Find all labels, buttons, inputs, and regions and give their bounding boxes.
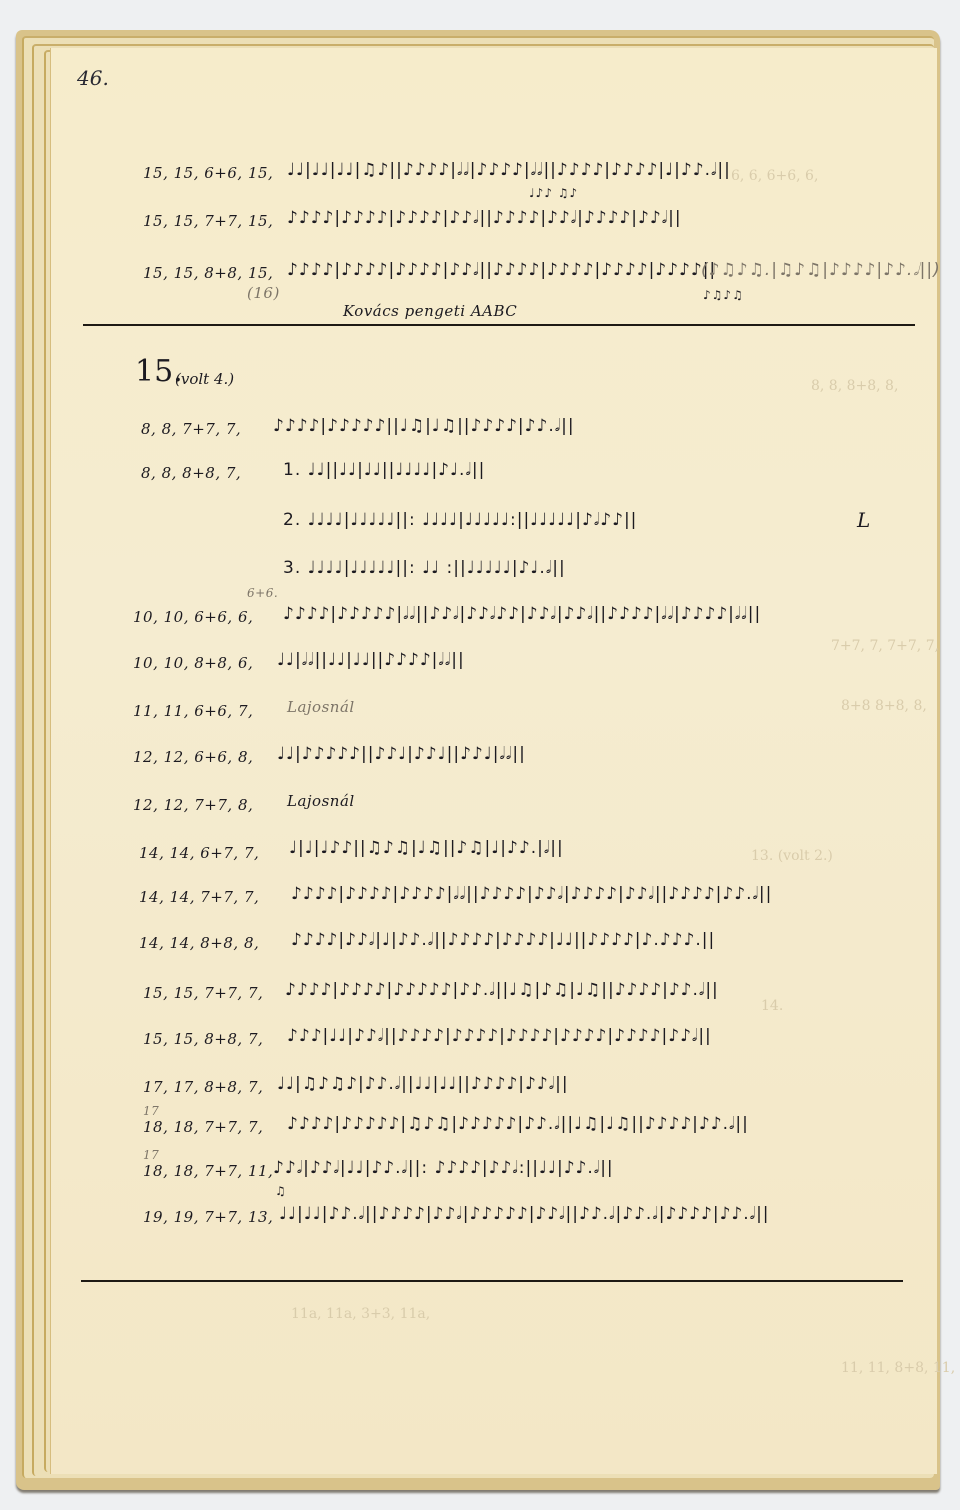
rhythm-notation: ♪♪♪♪|♪♪𝅗𝅥|♩|♪♪.𝅗𝅥||♪♪♪♪|♪♪♪♪|♩♩||♪♪♪♪|♪.… <box>291 930 715 950</box>
bleed-through-text: 6, 6, 6+6, 6, <box>731 168 818 184</box>
rhythm-notation: ♩♩|♩♩|♪♪.𝅗𝅥||♪♪♪♪|♪♪𝅗𝅥|♪♪♪♪♪|♪♪𝅗𝅥||♪♪.𝅗𝅥… <box>279 1204 770 1224</box>
row-label: 12, 12, 6+6, 8, <box>133 748 253 766</box>
row-label: 18, 18, 7+7, 7, <box>143 1118 263 1136</box>
pencil-note: Lajosnál <box>287 698 355 716</box>
rhythm-notation: ♪♪𝅗𝅥|♪♪𝅗𝅥|♩♩|♪♪.𝅗𝅥||: ♪♪♪♪|♪♪𝅗𝅥:||♩♩|♪♪.… <box>273 1158 614 1178</box>
manuscript-page: 46. 6, 6, 6+6, 6, 8, 8, 8+8, 8, 7+7, 7, … <box>50 48 937 1474</box>
row-label: 11, 11, 6+6, 7, <box>133 702 253 720</box>
row-label: 15, 15, 8+8, 7, <box>143 1030 263 1048</box>
rhythm-notation: ♩♩|♩♩|♩♩|♫♪||♪♪♪♪|𝅗𝅥𝅗𝅥|♪♪♪♪|𝅗𝅥𝅗𝅥||♪♪♪♪|♪… <box>287 160 731 180</box>
row-label: 14, 14, 8+8, 8, <box>139 934 259 952</box>
rhythm-notation: ♪♪♪♪|♪♪♪♪|♪♪♪♪|♪♪𝅗𝅥||♪♪♪♪|♪♪♪♪|♪♪♪♪|♪♪♪♪… <box>287 260 716 280</box>
rhythm-notation: ♪♪♪|♩♩|♪♪𝅗𝅥||♪♪♪♪|♪♪♪♪|♪♪♪♪|♪♪♪♪|♪♪♪♪|♪♪… <box>287 1026 712 1046</box>
row-label: 18, 18, 7+7, 11, <box>143 1162 273 1180</box>
row-label: 10, 10, 8+8, 6, <box>133 654 253 672</box>
page-number: 46. <box>77 66 109 90</box>
divider <box>83 324 915 326</box>
bleed-through-text: 13. (volt 2.) <box>751 848 833 864</box>
rhythm-variant: ♩♪♪ ♫♪ <box>529 186 578 200</box>
margin-mark: L <box>857 508 871 532</box>
annotation: 6+6. <box>247 586 278 600</box>
row-label: 10, 10, 6+6, 6, <box>133 608 253 626</box>
rhythm-notation: 1. ♩♩||♩♩|♩♩||♩♩♩♩|♪♩.𝅗𝅥|| <box>283 460 485 480</box>
row-label: 8, 8, 8+8, 7, <box>141 464 241 482</box>
row-label: 15, 15, 8+8, 15, <box>143 264 273 282</box>
rhythm-notation: ♩|♩|♩♪♪||♫♪♫|♩♫||♪♫|♩|♪♪.|𝅗𝅥|| <box>289 838 564 858</box>
pencil-note: Lajosnál <box>287 792 355 810</box>
bleed-through-text: 8, 8, 8+8, 8, <box>811 378 898 394</box>
rhythm-variant: ♫ <box>275 1184 287 1198</box>
bleed-through-text: 11, 11, 8+8, 11, <box>841 1360 955 1376</box>
row-label: 8, 8, 7+7, 7, <box>141 420 241 438</box>
row-label: 15, 15, 7+7, 15, <box>143 212 273 230</box>
row-label: 12, 12, 7+7, 8, <box>133 796 253 814</box>
row-label: 15, 15, 6+6, 15, <box>143 164 273 182</box>
correction-note: 17 <box>143 1148 159 1162</box>
bleed-through-text: 7+7, 7, 7+7, 7, <box>831 638 939 654</box>
rhythm-notation: ♩♩|𝅗𝅥𝅗𝅥||♩♩|♩♩||♪♪♪♪|𝅗𝅥𝅗𝅥|| <box>277 650 465 670</box>
rhythm-notation: ♪♪♪♪|♪♪♪♪|♪♪♪♪|𝅗𝅥𝅗𝅥||♪♪♪♪|♪♪𝅗𝅥|♪♪♪♪|♪♪𝅗𝅥… <box>291 884 772 904</box>
bleed-through-text: 8+8 8+8, 8, <box>841 698 927 714</box>
row-label: 17, 17, 8+8, 7, <box>143 1078 263 1096</box>
correction-note: 17 <box>143 1104 159 1118</box>
rhythm-notation: ♩♩|♪♪♪♪♪||♪♪♩|♪♪♩||♪♪♩|𝅗𝅥𝅗𝅥|| <box>277 744 526 764</box>
rhythm-notation: ♩♩|♫♪♫♪|♪♪.𝅗𝅥||♩♩|♩♩||♪♪♪♪|♪♪𝅗𝅥|| <box>277 1074 569 1094</box>
rhythm-notation: 3. ♩♩♩♩|♩♩♩♩♩||: ♩♩ :||♩♩♩♩♩|♪♩.𝅗𝅥|| <box>283 558 566 578</box>
rhythm-notation: ♪♪♪♪|♪♪♪♪♪|𝅗𝅥𝅗𝅥||♪♪𝅗𝅥|♪♪𝅗𝅥♪♪|♪♪𝅗𝅥|♪♪𝅗𝅥||… <box>283 604 761 624</box>
rhythm-notation: ♪♪♪♪|♪♪♪♪|♪♪♪♪♪|♪♪.𝅗𝅥||♩♫|♪♫|♩♫||♪♪♪♪|♪♪… <box>285 980 719 1000</box>
divider <box>81 1280 903 1282</box>
rhythm-alternative: (♪♫♪♫.|♫♪♫|♪♪♪♪|♪♪.𝅗𝅥||) <box>701 260 941 280</box>
section-subtitle: (volt 4.) <box>175 370 234 388</box>
rhythm-variant: ♪♫♪♫ <box>703 288 744 302</box>
row-label: 14, 14, 6+7, 7, <box>139 844 259 862</box>
row-label: 19, 19, 7+7, 13, <box>143 1208 273 1226</box>
rhythm-notation: ♪♪♪♪|♪♪♪♪|♪♪♪♪|♪♪𝅗𝅥||♪♪♪♪|♪♪𝅗𝅥|♪♪♪♪|♪♪𝅗𝅥… <box>287 208 682 228</box>
attribution-note: Kovács pengeti AABC <box>343 302 517 320</box>
correction-note: (16) <box>247 284 280 302</box>
rhythm-notation: ♪♪♪♪|♪♪♪♪♪||♩♫|♩♫||♪♪♪♪|♪♪.𝅗𝅥|| <box>273 416 575 436</box>
row-label: 14, 14, 7+7, 7, <box>139 888 259 906</box>
rhythm-notation: 2. ♩♩♩♩|♩♩♩♩♩||: ♩♩♩♩|♩♩♩♩♩:||♩♩♩♩♩|♪𝅗𝅥♪… <box>283 510 637 530</box>
row-label: 15, 15, 7+7, 7, <box>143 984 263 1002</box>
bleed-through-text: 14. <box>761 998 783 1014</box>
bleed-through-text: 11a, 11a, 3+3, 11a, <box>291 1306 430 1322</box>
rhythm-notation: ♪♪♪♪|♪♪♪♪♪|♫♪♫|♪♪♪♪♪|♪♪.𝅗𝅥||♩♫|♩♫||♪♪♪♪|… <box>287 1114 749 1134</box>
